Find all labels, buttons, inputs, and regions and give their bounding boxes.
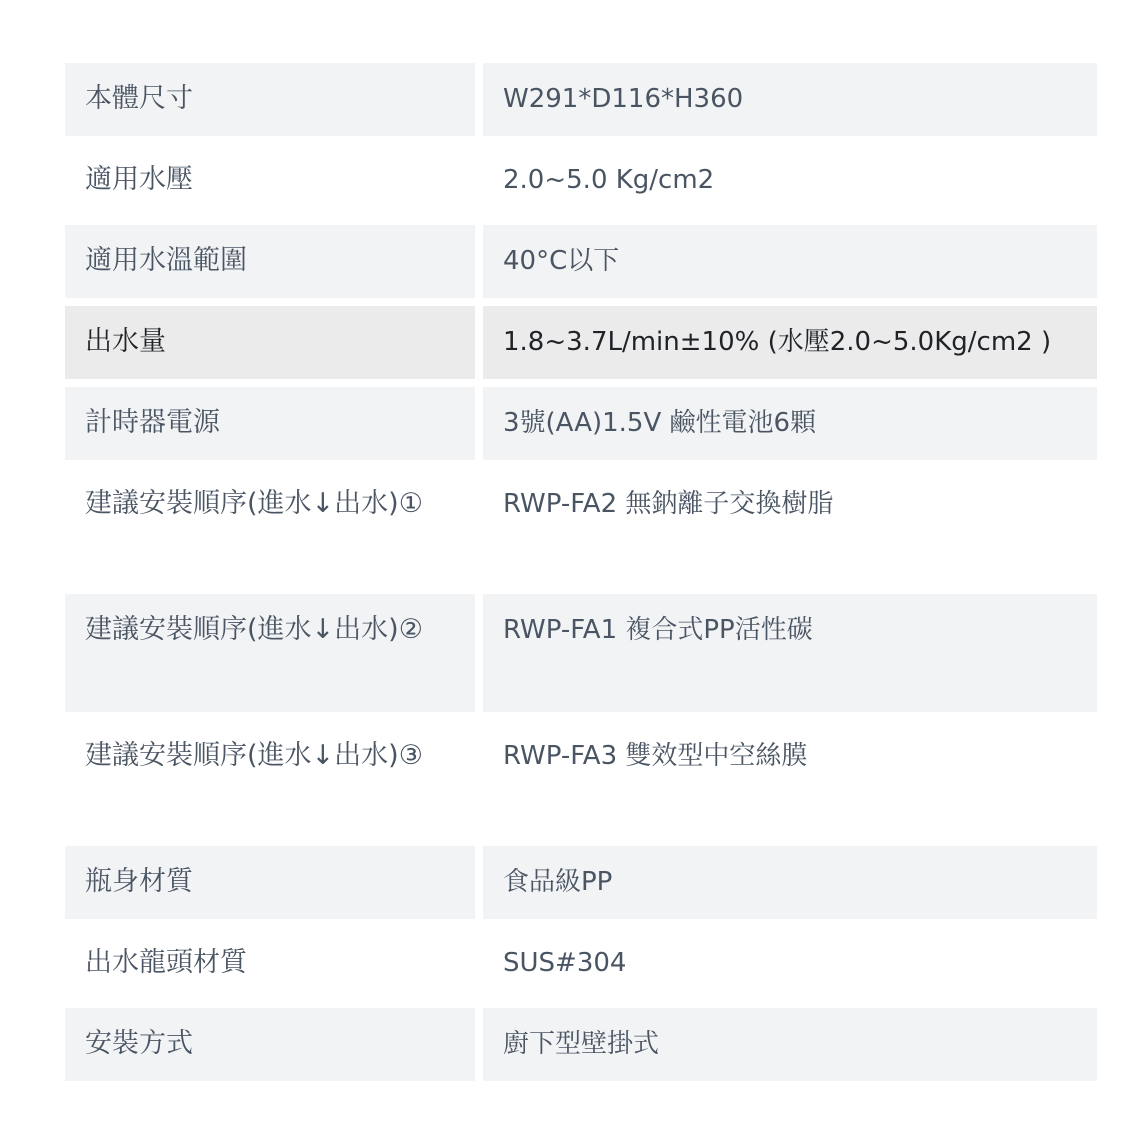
table-row: 適用水壓 2.0~5.0 Kg/cm2 (65, 144, 1097, 217)
table-row: 計時器電源 3號(AA)1.5V 鹼性電池6顆 (65, 387, 1097, 460)
spec-label: 適用水壓 (65, 144, 475, 217)
spec-label: 建議安裝順序(進水↓出水)③ (65, 720, 475, 838)
spec-value: W291*D116*H360 (483, 63, 1097, 136)
spec-value: 2.0~5.0 Kg/cm2 (483, 144, 1097, 217)
spec-label: 建議安裝順序(進水↓出水)② (65, 594, 475, 712)
table-row: 建議安裝順序(進水↓出水)② RWP-FA1 複合式PP活性碳 (65, 594, 1097, 712)
spec-value: 3號(AA)1.5V 鹼性電池6顆 (483, 387, 1097, 460)
spec-label: 適用水溫範圍 (65, 225, 475, 298)
spec-label: 建議安裝順序(進水↓出水)① (65, 468, 475, 586)
spec-label: 計時器電源 (65, 387, 475, 460)
spec-label: 安裝方式 (65, 1008, 475, 1081)
table-row: 瓶身材質 食品級PP (65, 846, 1097, 919)
spec-value: RWP-FA2 無鈉離子交換樹脂 (483, 468, 1097, 586)
spec-value: 40°C以下 (483, 225, 1097, 298)
table-row: 安裝方式 廚下型壁掛式 (65, 1008, 1097, 1081)
spec-value: RWP-FA1 複合式PP活性碳 (483, 594, 1097, 712)
spec-label: 出水量 (65, 306, 475, 379)
table-row: 建議安裝順序(進水↓出水)③ RWP-FA3 雙效型中空絲膜 (65, 720, 1097, 838)
spec-label: 本體尺寸 (65, 63, 475, 136)
spec-label: 瓶身材質 (65, 846, 475, 919)
spec-value: 食品級PP (483, 846, 1097, 919)
spec-value: SUS#304 (483, 927, 1097, 1000)
spec-value: 1.8~3.7L/min±10% (水壓2.0~5.0Kg/cm2 ) (483, 306, 1097, 379)
table-row: 適用水溫範圍 40°C以下 (65, 225, 1097, 298)
spec-value: RWP-FA3 雙效型中空絲膜 (483, 720, 1097, 838)
table-row: 本體尺寸 W291*D116*H360 (65, 63, 1097, 136)
spec-label: 出水龍頭材質 (65, 927, 475, 1000)
spec-value: 廚下型壁掛式 (483, 1008, 1097, 1081)
table-row-hovered: 出水量 1.8~3.7L/min±10% (水壓2.0~5.0Kg/cm2 ) (65, 306, 1097, 379)
spec-table: 本體尺寸 W291*D116*H360 適用水壓 2.0~5.0 Kg/cm2 … (57, 55, 1105, 1089)
table-row: 建議安裝順序(進水↓出水)① RWP-FA2 無鈉離子交換樹脂 (65, 468, 1097, 586)
table-row: 出水龍頭材質 SUS#304 (65, 927, 1097, 1000)
